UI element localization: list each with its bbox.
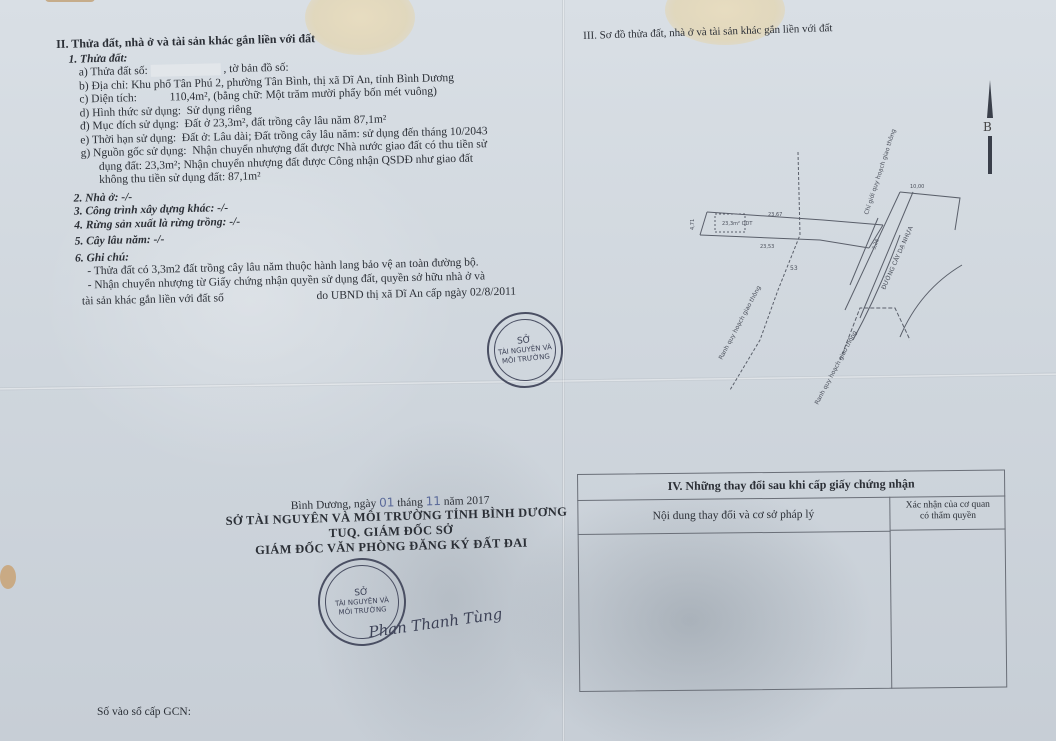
land-info-section: II. Thửa đất, nhà ở và tài sản khác gắn …	[56, 27, 562, 310]
water-stain	[45, 0, 95, 2]
column-header-content: Nội dung thay đổi và cơ sở pháp lý	[577, 497, 890, 535]
svg-text:23,53: 23,53	[760, 244, 774, 250]
svg-text:53: 53	[790, 265, 798, 272]
paper-fold	[562, 0, 565, 741]
changes-content-cell	[578, 532, 893, 692]
svg-text:23,3m² ODT: 23,3m² ODT	[722, 221, 753, 227]
svg-text:Ranh quy hoạch giao thông: Ranh quy hoạch giao thông	[814, 330, 859, 406]
svg-text:23,67: 23,67	[768, 212, 782, 218]
svg-text:10,00: 10,00	[910, 184, 924, 190]
water-stain	[0, 565, 16, 589]
parcel-diagram: 23,3m² ODT 23,67 23,53 4,71 3,26 10,00 5…	[660, 90, 990, 430]
redacted-parcel-number	[150, 64, 220, 78]
svg-text:3,26: 3,26	[871, 238, 880, 251]
svg-text:Ranh quy hoạch giao thông: Ranh quy hoạch giao thông	[718, 285, 763, 361]
changes-confirmation-cell	[891, 531, 1008, 689]
signature-block: Bình Dương, ngày 01 tháng 11 năm 2017 SỞ…	[225, 491, 557, 559]
register-number-label: Số vào sổ cấp GCN:	[97, 706, 191, 718]
column-header-confirmation: Xác nhận của cơ quan có thẩm quyền	[890, 496, 1005, 531]
svg-text:4,71: 4,71	[690, 219, 696, 230]
changes-table: IV. Những thay đổi sau khi cấp giấy chứn…	[577, 470, 1007, 692]
svg-text:Chỉ giới quy hoạch giao thông: Chỉ giới quy hoạch giao thông	[863, 128, 897, 216]
